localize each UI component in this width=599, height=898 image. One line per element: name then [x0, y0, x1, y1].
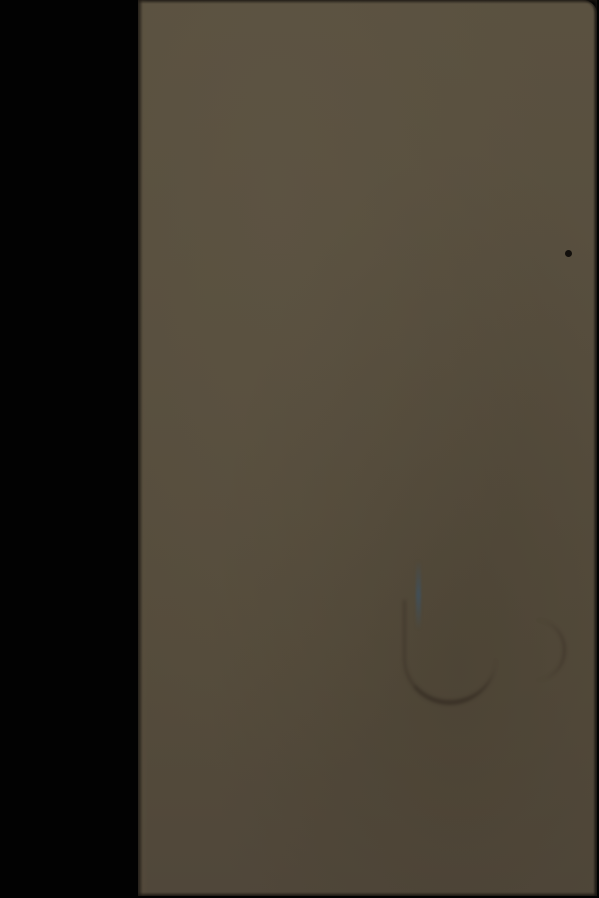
dark-spot	[565, 250, 572, 257]
faint-stain-mark	[533, 620, 566, 680]
spine-edge	[138, 0, 148, 896]
curved-stain-mark	[403, 600, 496, 705]
book-cover	[138, 0, 597, 896]
right-edge	[593, 0, 597, 896]
bottom-edge	[138, 892, 597, 896]
top-edge	[138, 0, 597, 4]
